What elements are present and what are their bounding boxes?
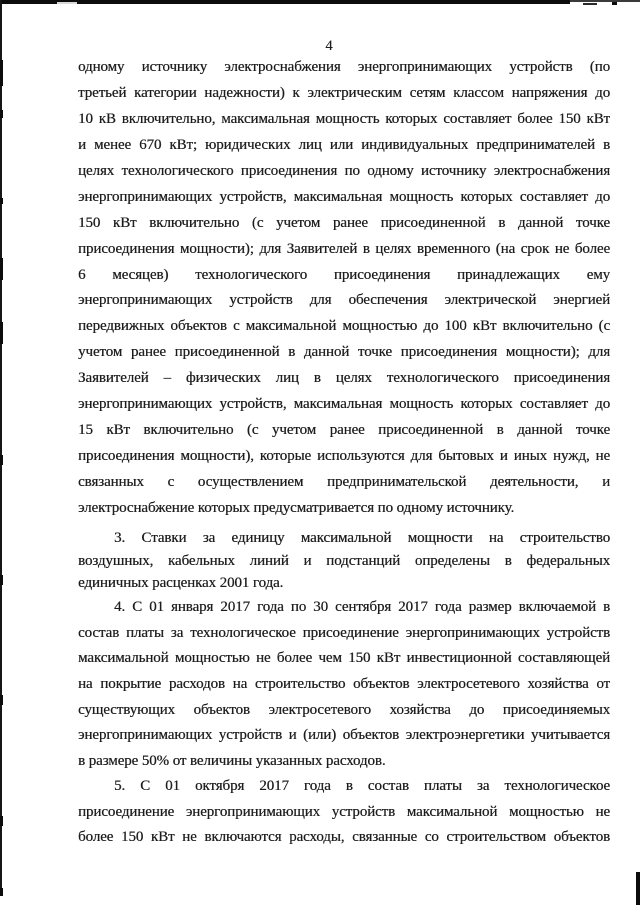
text-line: 6 месяцев) технологического присоединени… <box>78 263 610 289</box>
scan-top-edge-thin-line <box>570 0 640 2</box>
text-line: состав платы за технологическое присоеди… <box>78 621 610 647</box>
text-line: энергопринимающих устройств, максимальна… <box>78 392 610 418</box>
paragraph-continuation: одному источнику электроснабжения энерго… <box>78 55 610 522</box>
text-line: электроснабжение которых предусматривает… <box>78 496 610 522</box>
text-line: 10 кВ включительно, максимальная мощност… <box>78 107 610 133</box>
text-line: 4. С 01 января 2017 года по 30 сентября … <box>78 595 610 621</box>
text-line: воздушных, кабельных линий и подстанций … <box>78 550 610 572</box>
text-line: в размере 50% от величины указанных расх… <box>78 749 610 775</box>
text-line: присоединения мощности), которые использ… <box>78 444 610 470</box>
scan-left-edge-mark <box>0 575 3 585</box>
scan-right-edge-strip <box>636 872 640 905</box>
text-line: присоединение энергопринимающих устройст… <box>78 800 610 826</box>
text-line: третьей категории надежности) к электрич… <box>78 81 610 107</box>
text-line: и менее 670 кВт; юридических лиц или инд… <box>78 133 610 159</box>
text-line: одному источнику электроснабжения энерго… <box>78 55 610 81</box>
scan-top-edge-bar <box>0 0 570 4</box>
scan-top-edge-speck <box>583 3 597 5</box>
text-line: энергопринимающих устройств, максимальна… <box>78 185 610 211</box>
scan-left-edge-mark <box>0 258 3 280</box>
text-line: более 150 кВт не включаются расходы, свя… <box>78 825 610 851</box>
scan-left-edge-line <box>0 0 2 896</box>
text-line: энергопринимающих устройств для обеспече… <box>78 288 610 314</box>
text-line: существующих объектов электросетевого хо… <box>78 698 610 724</box>
text-line: целях технологического присоединения по … <box>78 159 610 185</box>
scan-left-edge-mark <box>0 322 3 344</box>
scanned-document-page: 4 одному источнику электроснабжения энер… <box>0 0 640 905</box>
text-line: 15 кВт включительно (с учетом ранее прис… <box>78 418 610 444</box>
paragraph-item-4: 4. С 01 января 2017 года по 30 сентября … <box>78 595 610 774</box>
scan-top-edge-notch <box>57 2 77 4</box>
text-line: энергопринимающих устройств и (или) объе… <box>78 723 610 749</box>
paragraph-item-3: 3. Ставки за единицу максимальной мощнос… <box>78 527 610 594</box>
text-line: 150 кВт включительно (с учетом ранее при… <box>78 211 610 237</box>
text-line: на покрытие расходов на строительство об… <box>78 672 610 698</box>
text-line: связанных с осуществлением предпринимате… <box>78 470 610 496</box>
scan-left-edge-mark <box>0 198 3 204</box>
document-text-block: одному источнику электроснабжения энерго… <box>78 55 610 851</box>
scan-left-edge-mark <box>0 888 3 896</box>
scan-top-edge-speck <box>612 2 617 5</box>
text-line: Заявителей – физических лиц в целях техн… <box>78 366 610 392</box>
scan-left-edge-mark <box>0 110 3 118</box>
page-number: 4 <box>63 38 595 55</box>
text-line: единичных расценках 2001 года. <box>78 572 610 594</box>
scan-left-edge-mark <box>0 816 3 826</box>
text-line: учетом ранее присоединенной в данной точ… <box>78 340 610 366</box>
scan-left-edge-mark <box>0 60 3 86</box>
text-line: 3. Ставки за единицу максимальной мощнос… <box>78 527 610 549</box>
paragraph-item-5: 5. С 01 октября 2017 года в состав платы… <box>78 774 610 851</box>
text-line: присоединения мощности); для Заявителей … <box>78 237 610 263</box>
scan-left-edge-mark <box>0 695 3 705</box>
text-line: 5. С 01 октября 2017 года в состав платы… <box>78 774 610 800</box>
text-line: передвижных объектов с максимальной мощн… <box>78 314 610 340</box>
scan-left-edge-mark <box>0 455 3 465</box>
text-line: максимальной мощностью не более чем 150 … <box>78 646 610 672</box>
